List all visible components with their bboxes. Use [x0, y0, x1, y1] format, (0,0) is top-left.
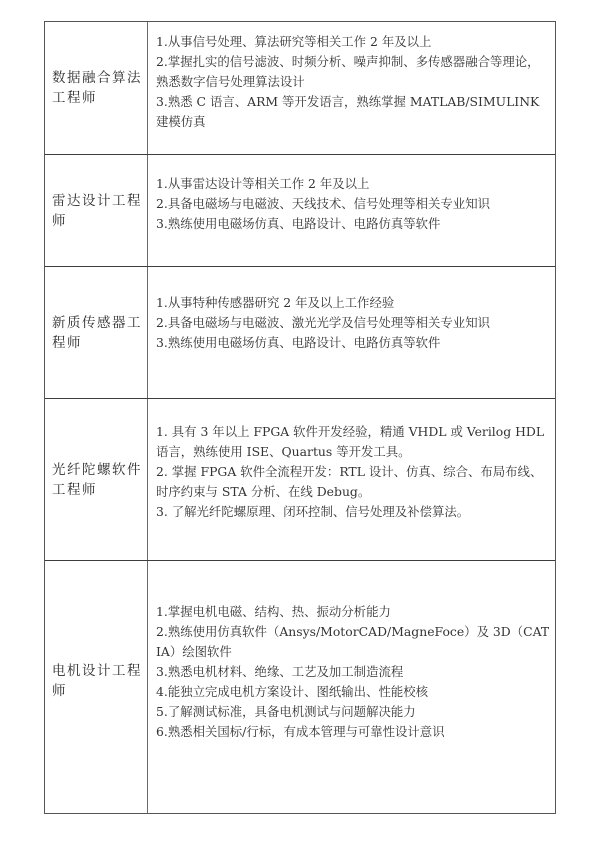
job-title-cell: 数据融合算法工程师: [45, 22, 148, 154]
job-title: 新质传感器工程师: [52, 313, 145, 353]
table-row: 雷达设计工程师 1.从事雷达设计等相关工作 2 年及以上 2.具备电磁场与电磁波…: [45, 154, 555, 266]
requirements-cell: 1.掌握电机电磁、结构、热、振动分析能力 2.熟练使用仿真软件（Ansys/Mo…: [148, 561, 555, 813]
requirement-item: 4.能独立完成电机方案设计、图纸输出、性能校核: [156, 682, 550, 702]
requirement-item: 1.从事信号处理、算法研究等相关工作 2 年及以上: [156, 32, 550, 52]
job-title: 数据融合算法工程师: [52, 68, 145, 108]
requirement-item: 3.熟练使用电磁场仿真、电路设计、电路仿真等软件: [156, 333, 550, 353]
job-title-cell: 新质传感器工程师: [45, 267, 148, 398]
job-title-cell: 雷达设计工程师: [45, 155, 148, 266]
job-title-cell: 光纤陀螺软件工程师: [45, 399, 148, 560]
requirements-cell: 1. 具有 3 年以上 FPGA 软件开发经验，精通 VHDL 或 Verilo…: [148, 399, 555, 560]
requirement-item: 2.熟练使用仿真软件（Ansys/MotorCAD/MagneFoce）及 3D…: [156, 622, 550, 662]
requirement-item: 1.从事雷达设计等相关工作 2 年及以上: [156, 174, 550, 194]
requirements-cell: 1.从事特种传感器研究 2 年及以上工作经验 2.具备电磁场与电磁波、激光光学及…: [148, 267, 555, 398]
requirements-cell: 1.从事雷达设计等相关工作 2 年及以上 2.具备电磁场与电磁波、天线技术、信号…: [148, 155, 555, 266]
job-title: 雷达设计工程师: [52, 191, 145, 231]
requirement-item: 2.具备电磁场与电磁波、天线技术、信号处理等相关专业知识: [156, 194, 550, 214]
requirement-item: 3. 了解光纤陀螺原理、闭环控制、信号处理及补偿算法。: [156, 502, 550, 522]
table-row: 电机设计工程师 1.掌握电机电磁、结构、热、振动分析能力 2.熟练使用仿真软件（…: [45, 560, 555, 813]
requirement-item: 2.掌握扎实的信号滤波、时频分析、噪声抑制、多传感器融合等理论，熟悉数字信号处理…: [156, 52, 550, 92]
requirement-item: 2. 掌握 FPGA 软件全流程开发：RTL 设计、仿真、综合、布局布线、时序约…: [156, 462, 550, 502]
requirement-item: 3.熟悉电机材料、绝缘、工艺及加工制造流程: [156, 662, 550, 682]
table-row: 数据融合算法工程师 1.从事信号处理、算法研究等相关工作 2 年及以上 2.掌握…: [45, 22, 555, 154]
requirement-item: 1. 具有 3 年以上 FPGA 软件开发经验，精通 VHDL 或 Verilo…: [156, 422, 550, 462]
requirement-item: 5.了解测试标准，具备电机测试与问题解决能力: [156, 702, 550, 722]
table-row: 光纤陀螺软件工程师 1. 具有 3 年以上 FPGA 软件开发经验，精通 VHD…: [45, 398, 555, 560]
job-requirements-table: 数据融合算法工程师 1.从事信号处理、算法研究等相关工作 2 年及以上 2.掌握…: [44, 21, 556, 814]
requirement-item: 2.具备电磁场与电磁波、激光光学及信号处理等相关专业知识: [156, 313, 550, 333]
requirements-cell: 1.从事信号处理、算法研究等相关工作 2 年及以上 2.掌握扎实的信号滤波、时频…: [148, 22, 555, 154]
requirement-item: 3.熟练使用电磁场仿真、电路设计、电路仿真等软件: [156, 214, 550, 234]
job-title: 电机设计工程师: [52, 661, 145, 701]
job-title: 光纤陀螺软件工程师: [52, 460, 145, 500]
requirement-item: 3.熟悉 C 语言、ARM 等开发语言，熟练掌握 MATLAB/SIMULINK…: [156, 92, 550, 132]
requirement-item: 6.熟悉相关国标/行标，有成本管理与可靠性设计意识: [156, 722, 550, 742]
requirement-item: 1.掌握电机电磁、结构、热、振动分析能力: [156, 602, 550, 622]
job-title-cell: 电机设计工程师: [45, 561, 148, 813]
table-row: 新质传感器工程师 1.从事特种传感器研究 2 年及以上工作经验 2.具备电磁场与…: [45, 266, 555, 398]
requirement-item: 1.从事特种传感器研究 2 年及以上工作经验: [156, 293, 550, 313]
